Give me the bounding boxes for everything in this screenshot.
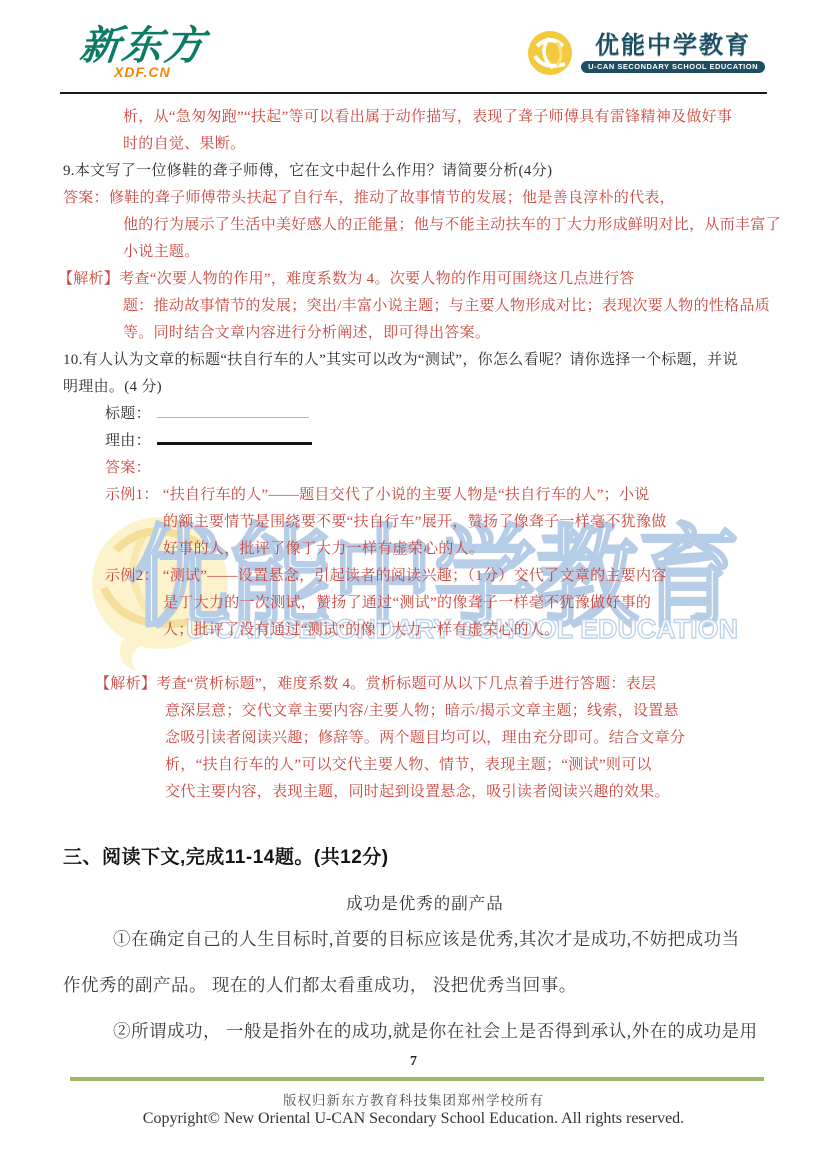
ucan-logo-text: 优能中学教育	[595, 33, 751, 59]
fill-in-reason-row: 理由：	[105, 428, 787, 455]
answer-10-example1-line: 好事的人，批评了像丁大力一样有虚荣心的人。	[163, 536, 787, 563]
analysis-continuation-line: 析，从“急匆匆跑”“扶起”等可以看出属于动作描写，表现了聋子师傅具有雷锋精神及做…	[123, 104, 787, 131]
answer-10-example2-line: 示例2： “测试”——设置悬念，引起读者的阅读兴趣；（1分）交代了文章的主要内容	[105, 563, 787, 590]
fill-in-title-row: 标题：	[105, 401, 787, 428]
question-10: 10.有人认为文章的标题“扶自行车的人”其实可以改为“测试”，你怎么看呢？请你选…	[63, 347, 787, 374]
analysis-10-line: 意深层意；交代文章主要内容/主要人物；暗示/揭示文章主题；线索，设置悬	[165, 698, 787, 725]
analysis-10-line: 析，“扶自行车的人”可以交代主要人物、情节，表现主题；“测试”则可以	[165, 752, 787, 779]
answer-10-example1-line: 的额主要情节是围绕要不要“扶自行车”展开，赞扬了像聋子一样毫不犹豫做	[163, 509, 787, 536]
analysis-9-line: 【解析】考查“次要人物的作用”，难度系数为 4。次要人物的作用可围绕这几点进行答	[58, 266, 787, 293]
analysis-10-line: 念吸引读者阅读兴趣；修辞等。两个题目均可以，理由充分即可。结合文章分	[165, 725, 787, 752]
analysis-9-line: 题：推动故事情节的发展；突出/丰富小说主题；与主要人物形成对比；表现次要人物的性…	[123, 293, 787, 320]
analysis-continuation-line: 时的自觉、果断。	[123, 131, 787, 158]
question-9: 9.本文写了一位修鞋的聋子师傅，它在文中起什么作用？请简要分析(4分)	[63, 158, 787, 185]
footer-divider	[70, 1077, 764, 1081]
answer-10-example2-line: 人；批评了没有通过“测试”的像丁大力一样有虚荣心的人。	[163, 617, 787, 644]
header-divider	[60, 92, 767, 94]
answer-9-line: 小说主题。	[123, 239, 787, 266]
title-blank-line	[157, 403, 309, 418]
ucan-logo-icon	[527, 30, 573, 76]
question-10: 明理由。(4 分)	[63, 374, 787, 401]
answer-9-line: 他的行为展示了生活中美好感人的正能量；他与不能主动扶车的丁大力形成鲜明对比，从而…	[123, 212, 787, 239]
xdf-logo-text: 新东方	[78, 26, 208, 66]
document-page: 优能中学教育 U-CAN SECONDARY SCHOOL EDUCATION …	[0, 0, 827, 1169]
reading-section: 三、阅读下文,完成11-14题。(共12分) 成功是优秀的副产品 ①在确定自己的…	[63, 843, 787, 1054]
ucan-logo: 优能中学教育 U-CAN SECONDARY SCHOOL EDUCATION	[527, 30, 765, 76]
essay-paragraph-line: ②所谓成功， 一般是指外在的成功,就是你在社会上是否得到承认,外在的成功是用	[113, 1008, 787, 1054]
spacer	[63, 644, 787, 671]
copyright-chinese: 版权归新东方教育科技集团郑州学校所有	[0, 1089, 827, 1109]
essay-paragraph-line: 作优秀的副产品。 现在的人们都太看重成功， 没把优秀当回事。	[63, 962, 787, 1008]
analysis-10-line: 交代主要内容，表现主题，同时起到设置悬念，吸引读者阅读兴趣的效果。	[165, 779, 787, 806]
page-number: 7	[0, 1054, 827, 1070]
answer-9-line: 答案：修鞋的聋子师傅带头扶起了自行车，推动了故事情节的发展；他是善良淳朴的代表，	[63, 185, 787, 212]
answer-10-example2-line: 是丁大力的一次测试，赞扬了通过“测试”的像聋子一样毫不犹豫做好事的	[163, 590, 787, 617]
section-heading: 三、阅读下文,完成11-14题。(共12分)	[63, 843, 787, 873]
page-header: 新东方 XDF.CN 优能中学教育 U-CAN SECONDARY SCHOOL…	[0, 0, 827, 93]
fill-title-label: 标题：	[105, 406, 151, 422]
essay-title: 成功是优秀的副产品	[63, 892, 787, 916]
fill-reason-label: 理由：	[105, 433, 151, 449]
analysis-9-line: 等。同时结合文章内容进行分析阐述，即可得出答案。	[123, 320, 787, 347]
reason-blank-line	[157, 428, 312, 445]
answer-10-label: 答案：	[105, 455, 787, 482]
xdf-logo: 新东方 XDF.CN	[80, 26, 206, 80]
essay-paragraph-line: ①在确定自己的人生目标时,首要的目标应该是优秀,其次才是成功,不妨把成功当	[113, 916, 787, 962]
answer-10-example1-line: 示例1： “扶自行车的人”——题目交代了小说的主要人物是“扶自行车的人”；小说	[105, 482, 787, 509]
analysis-10-line: 【解析】考查“赏析标题”，难度系数 4。赏析标题可从以下几点着手进行答题：表层	[95, 671, 787, 698]
ucan-logo-subtitle: U-CAN SECONDARY SCHOOL EDUCATION	[581, 61, 765, 73]
answer-key-section: 析，从“急匆匆跑”“扶起”等可以看出属于动作描写，表现了聋子师傅具有雷锋精神及做…	[63, 104, 787, 806]
copyright-english: Copyright© New Oriental U-CAN Secondary …	[0, 1110, 827, 1128]
